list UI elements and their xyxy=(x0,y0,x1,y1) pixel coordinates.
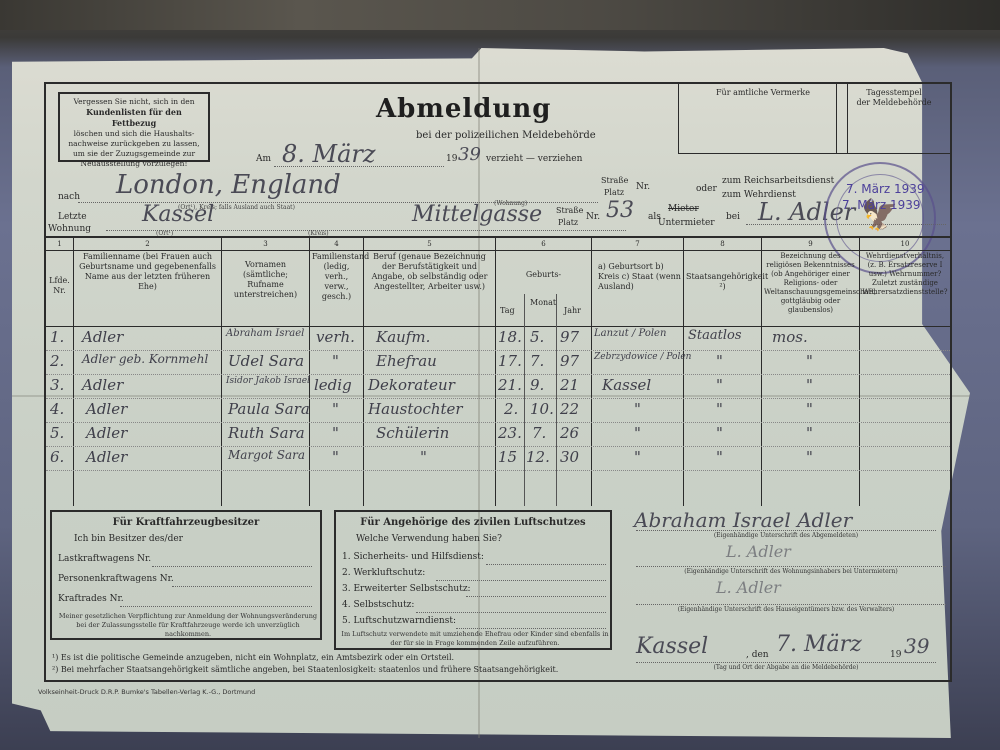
cell-vorname: Margot Sara xyxy=(228,448,305,462)
cell-beruf: Schülerin xyxy=(376,424,449,442)
cell-name: Adler xyxy=(86,424,127,442)
subheader-monat: Monat xyxy=(530,298,556,307)
page-title: Abmeldung xyxy=(376,94,551,124)
footnote-1: ¹) Es ist die politische Gemeinde anzuge… xyxy=(52,652,952,664)
cell-stand: verh. xyxy=(316,328,355,346)
signature-line xyxy=(636,604,946,605)
footnotes: ¹) Es ist die politische Gemeinde anzuge… xyxy=(52,652,952,676)
notice-line: um sie der Zuzugsgemeinde zur xyxy=(64,149,204,159)
official-remarks-box: Für amtliche Vermerke xyxy=(678,84,848,154)
cell-ort: " xyxy=(634,424,641,442)
signature-owner: L. Adler xyxy=(716,578,781,597)
table-row: 2. Adler geb. Kornmehl Udel Sara " Ehefr… xyxy=(46,352,950,376)
col-header-geburtsort: a) Geburtsort b) Kreis c) Staat (wenn Au… xyxy=(592,262,683,292)
table-row: 1. Adler Abraham Israel verh. Kaufm. 18.… xyxy=(46,328,950,352)
day-stamp-label: der Meldebehörde xyxy=(837,98,951,108)
cell-religion: " xyxy=(806,352,813,370)
nr-label: Nr. xyxy=(636,182,650,192)
motorcycle-number-field[interactable] xyxy=(120,606,312,607)
date-stamp-1: 7. März 1939 xyxy=(846,182,925,196)
cell-tag: 2. xyxy=(504,400,518,418)
cell-vorname: Udel Sara xyxy=(228,352,304,370)
house-number-value: 53 xyxy=(606,198,634,223)
table-row: 5. Adler Ruth Sara " Schülerin 23. 7. 26… xyxy=(46,424,950,448)
departure-date-value: 8. März xyxy=(282,140,376,168)
cell-monat: 10. xyxy=(530,400,554,418)
col-header-beruf: Beruf (genaue Bezeichnung der Berufstäti… xyxy=(364,252,495,292)
cell-jahr: 22 xyxy=(560,400,579,418)
col-number: 9 xyxy=(762,240,859,248)
col-header-staatsangehoerigkeit: Staatsangehörigkeit ²) xyxy=(684,272,761,292)
col-number: 8 xyxy=(684,240,761,248)
platz-label-2: Platz xyxy=(558,218,578,227)
cell-stand: " xyxy=(332,424,339,442)
car-number-label: Personenkraftwagens Nr. xyxy=(58,574,174,584)
col-number: 2 xyxy=(74,240,221,248)
footnote-2: ²) Bei mehrfacher Staatsangehörigkeit sä… xyxy=(52,664,952,676)
background-top xyxy=(0,0,1000,30)
truck-number-label: Lastkraftwagens Nr. xyxy=(58,554,151,564)
cell-monat: 5. xyxy=(530,328,544,346)
birth-subheaders: Tag Monat Jahr xyxy=(496,294,592,326)
cell-stand: ledig xyxy=(314,376,352,394)
col-number: 4 xyxy=(310,240,363,248)
cell-jahr: 97 xyxy=(560,328,579,346)
moved-label: verzieht — verziehen xyxy=(486,154,582,164)
cell-stand: " xyxy=(332,400,339,418)
cell-name: Adler xyxy=(82,376,123,394)
col-number: 5 xyxy=(364,240,495,248)
strasse-label-2: Straße xyxy=(556,206,583,215)
street-value: Mittelgasse xyxy=(412,202,542,227)
letzte-label: Letzte xyxy=(58,212,87,222)
table-row: 3. Adler Isidor Jakob Israel ledig Dekor… xyxy=(46,376,950,400)
am-label: Am xyxy=(256,154,271,164)
cell-ort: " xyxy=(634,448,641,466)
cell-nr: 4. xyxy=(50,400,64,418)
col-header-familienname: Familienname (bei Frauen auch Geburtsnam… xyxy=(74,252,221,292)
cell-religion: " xyxy=(806,376,813,394)
cell-beruf: Kaufm. xyxy=(376,328,430,346)
col-number: 3 xyxy=(222,240,309,248)
notice-line: nachweise zurückgeben zu lassen, xyxy=(64,139,204,149)
col-header-religion: Bezeichnung des religiösen Bekenntnisses… xyxy=(762,252,859,315)
signature-departing: Abraham Israel Adler xyxy=(634,508,852,532)
cell-jahr: 21 xyxy=(560,376,579,394)
cell-beruf: Dekorateur xyxy=(368,376,455,394)
untermieter-label: Untermieter xyxy=(658,218,715,228)
col-header-vornamen: Vornamen (sämtliche; Rufname unterstreic… xyxy=(222,260,309,300)
wohnung-label: Wohnung xyxy=(48,224,91,234)
cell-vorname: Paula Sara xyxy=(228,400,310,418)
signature-tenant: L. Adler xyxy=(726,542,791,561)
col-number: 10 xyxy=(860,240,950,248)
cell-name: Adler geb. Kornmehl xyxy=(82,352,208,366)
cell-beruf: " xyxy=(420,448,427,466)
cell-monat: 7. xyxy=(530,352,544,370)
day-stamp-label: Tagesstempel xyxy=(837,88,951,98)
signature-line xyxy=(636,566,946,567)
day-stamp-box: Tagesstempel der Meldebehörde xyxy=(836,84,952,154)
official-remarks-label: Für amtliche Vermerke xyxy=(716,88,810,97)
cell-staat: " xyxy=(716,376,723,394)
air-defense-field[interactable] xyxy=(456,628,606,629)
cell-staat: " xyxy=(716,424,723,442)
notice-bold-line: Kundenlisten für den Fettbezug xyxy=(86,107,182,128)
nr-label-2: Nr. xyxy=(586,212,600,222)
cell-vorname: Ruth Sara xyxy=(228,424,305,442)
cell-nr: 5. xyxy=(50,424,64,442)
air-defense-item: 4. Selbstschutz: xyxy=(342,600,414,610)
air-defense-title: Für Angehörige des zivilen Luftschutzes xyxy=(336,517,610,528)
date-stamp-2: 7. März 1939 xyxy=(842,198,921,212)
signature-caption: (Eigenhändige Unterschrift des Abgemelde… xyxy=(636,532,936,539)
oder-label: oder xyxy=(696,184,717,194)
cell-stand: " xyxy=(332,448,339,466)
fat-ration-notice-box: Vergessen Sie nicht, sich in den Kundenl… xyxy=(58,92,210,162)
notice-line: Neuausstellung vorzulegen! xyxy=(64,159,204,169)
air-defense-item: 5. Luftschutzwarndienst: xyxy=(342,616,456,626)
notice-line: Vergessen Sie nicht, sich in den xyxy=(64,97,204,107)
abmeldung-form: Vergessen Sie nicht, sich in den Kundenl… xyxy=(44,82,952,682)
signature-caption: (Eigenhändige Unterschrift des Hauseigen… xyxy=(626,606,946,613)
vehicle-box-note: Meiner gesetzlichen Verpflichtung zur An… xyxy=(56,612,320,639)
col-header-lfde-nr: Lfde. Nr. xyxy=(46,276,73,296)
cell-nr: 1. xyxy=(50,328,64,346)
rad-label: zum Reichsarbeitsdienst xyxy=(722,176,834,186)
cell-jahr: 26 xyxy=(560,424,579,442)
col-header-geburts: Geburts- xyxy=(496,270,591,280)
cell-jahr: 97 xyxy=(560,352,579,370)
notice-line: löschen und sich die Haushalts- xyxy=(64,129,204,139)
cell-vorname: Isidor Jakob Israel xyxy=(226,376,310,386)
cell-tag: 15 xyxy=(498,448,517,466)
cell-name: Adler xyxy=(86,448,127,466)
cell-ort: Kassel xyxy=(602,376,651,394)
cell-ort: " xyxy=(634,400,641,418)
vehicle-box-title: Für Kraftfahrzeugbesitzer xyxy=(52,517,320,528)
car-number-field[interactable] xyxy=(172,586,312,587)
cell-monat: 9. xyxy=(530,376,544,394)
cell-ort: Zebrzydowice / Polen xyxy=(594,352,691,362)
mieter-label: Mieter xyxy=(668,204,699,214)
air-defense-field[interactable] xyxy=(416,612,606,613)
cell-vorname: Abraham Israel xyxy=(226,328,304,339)
col-header-familienstand: Familienstand (ledig, verh., verw., gesc… xyxy=(310,252,363,302)
cell-tag: 17. xyxy=(498,352,522,370)
motorcycle-number-label: Kraftrades Nr. xyxy=(58,594,124,604)
col-header-wehrdienst: Wehrdienstverhältnis, (z. B. Ersatzreser… xyxy=(860,252,950,297)
persons-table: 1 Lfde. Nr. 2 Familienname (bei Frauen a… xyxy=(46,236,950,504)
cell-monat: 12. xyxy=(526,448,550,466)
cell-jahr: 30 xyxy=(560,448,579,466)
bei-label: bei xyxy=(726,212,740,222)
cell-staat: Staatlos xyxy=(688,328,742,343)
col-number: 6 xyxy=(496,240,591,248)
air-defense-field[interactable] xyxy=(436,580,606,581)
year-prefix: 19 xyxy=(446,154,457,164)
col-number: 7 xyxy=(592,240,683,248)
air-defense-field[interactable] xyxy=(466,596,606,597)
cell-beruf: Ehefrau xyxy=(376,352,437,370)
cell-religion: " xyxy=(806,448,813,466)
cell-tag: 23. xyxy=(498,424,522,442)
cell-nr: 2. xyxy=(50,352,64,370)
air-defense-box: Für Angehörige des zivilen Luftschutzes … xyxy=(334,510,612,650)
air-defense-note: Im Luftschutz verwendete mit umziehende … xyxy=(340,630,610,648)
signature-caption: (Eigenhändige Unterschrift des Wohnungsi… xyxy=(636,568,946,575)
cell-monat: 7. xyxy=(532,424,546,442)
last-residence-value: Kassel xyxy=(142,202,214,227)
nach-label: nach xyxy=(58,192,80,202)
air-defense-field[interactable] xyxy=(486,564,606,565)
cell-staat: " xyxy=(716,352,723,370)
cell-nr: 3. xyxy=(50,376,64,394)
year-value: 39 xyxy=(458,144,481,165)
destination-value: London, England xyxy=(116,170,341,200)
cell-name: Adler xyxy=(82,328,123,346)
air-defense-item: 3. Erweiterter Selbstschutz: xyxy=(342,584,471,594)
letzte-dotline xyxy=(106,230,626,231)
cell-religion: " xyxy=(806,424,813,442)
table-row: 4. Adler Paula Sara " Haustochter 2. 10.… xyxy=(46,400,950,424)
vehicle-owner-box: Für Kraftfahrzeugbesitzer Ich bin Besitz… xyxy=(50,510,322,640)
cell-tag: 21. xyxy=(498,376,522,394)
cell-ort: Lanzut / Polen xyxy=(594,328,666,339)
cell-beruf: Haustochter xyxy=(368,400,463,418)
col-number: 1 xyxy=(46,240,73,248)
cell-stand: " xyxy=(332,352,339,370)
signature-line xyxy=(636,530,936,531)
cell-religion: mos. xyxy=(772,328,808,346)
platz-label: Platz xyxy=(604,188,624,197)
cell-name: Adler xyxy=(86,400,127,418)
table-row: 6. Adler Margot Sara " " 15 12. 30 " " " xyxy=(46,448,950,472)
cell-staat: " xyxy=(716,448,723,466)
cell-staat: " xyxy=(716,400,723,418)
vehicle-owner-line: Ich bin Besitzer des/der xyxy=(74,534,183,544)
cell-religion: " xyxy=(806,400,813,418)
subheader-jahr: Jahr xyxy=(564,306,581,315)
cell-tag: 18. xyxy=(498,328,522,346)
subheader-tag: Tag xyxy=(500,306,515,315)
page-subtitle: bei der polizeilichen Meldebehörde xyxy=(416,130,596,141)
air-defense-question: Welche Verwendung haben Sie? xyxy=(356,534,502,544)
cell-nr: 6. xyxy=(50,448,64,466)
air-defense-item: 1. Sicherheits- und Hilfsdienst: xyxy=(342,552,484,562)
air-defense-item: 2. Werkluftschutz: xyxy=(342,568,425,578)
printer-imprint: Volkseinheit-Druck D.R.P. Bumke's Tabell… xyxy=(38,688,255,696)
strasse-label: Straße xyxy=(601,176,628,185)
truck-number-field[interactable] xyxy=(152,566,312,567)
